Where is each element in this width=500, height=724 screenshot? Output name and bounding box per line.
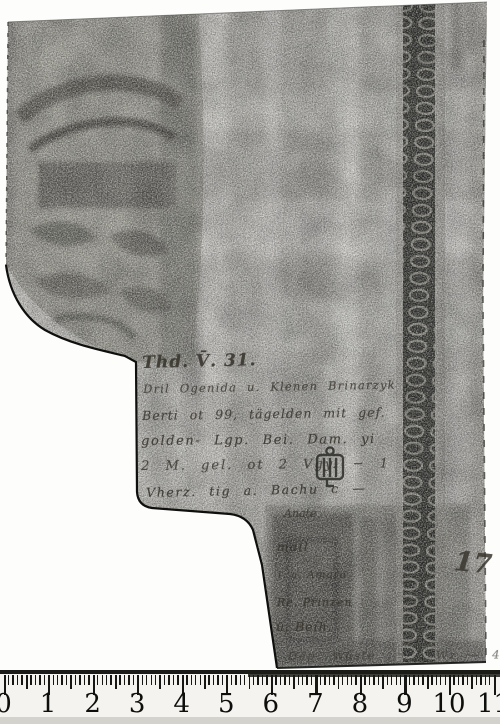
ruler-number: 3 bbox=[129, 691, 146, 717]
ruler-tick bbox=[200, 675, 201, 685]
side-note: i. a. Amara bbox=[278, 569, 347, 581]
side-note: Re, Prinzen bbox=[277, 596, 352, 609]
ruler-tick bbox=[195, 675, 196, 685]
ruler-tick bbox=[342, 675, 343, 685]
ruler-tick bbox=[44, 675, 45, 685]
ruler-tick bbox=[88, 675, 89, 685]
ruler-tick bbox=[128, 675, 129, 685]
side-note: ü. Beih. bbox=[276, 619, 333, 634]
ruler-tick bbox=[266, 675, 267, 685]
ruler-tick bbox=[480, 675, 481, 685]
ruler-tick bbox=[458, 675, 459, 685]
ruler-tick bbox=[311, 675, 312, 685]
ruler-tick bbox=[249, 675, 251, 689]
ruler-tick bbox=[436, 675, 437, 685]
side-note: Anate bbox=[284, 507, 317, 520]
ruler-tick bbox=[186, 675, 187, 685]
ruler-tick bbox=[208, 675, 209, 685]
ruler-tick bbox=[168, 675, 169, 685]
ruler-tick bbox=[213, 675, 214, 685]
inventory-number: 17 bbox=[453, 546, 494, 581]
ruler-tick bbox=[35, 675, 36, 685]
ruler-tick bbox=[289, 675, 290, 685]
ruler-tick bbox=[53, 675, 54, 685]
ruler-number: 9 bbox=[396, 691, 413, 717]
ruler-tick bbox=[39, 675, 40, 685]
ruler-tick bbox=[462, 675, 463, 685]
ruler-tick bbox=[70, 675, 72, 689]
ruler-tick bbox=[26, 675, 28, 689]
ruler-number: 10 bbox=[432, 691, 465, 717]
ruler-tick bbox=[329, 675, 330, 685]
ruler-tick bbox=[378, 675, 379, 685]
ruler-tick bbox=[382, 675, 384, 689]
ruler-tick bbox=[298, 675, 299, 685]
ruler-tick bbox=[110, 675, 111, 685]
ruler-tick bbox=[173, 675, 174, 685]
ruler-tick bbox=[489, 675, 490, 685]
ruler-number: 8 bbox=[352, 691, 369, 717]
ruler-tick bbox=[324, 675, 325, 685]
ruler-tick bbox=[106, 675, 107, 685]
ruler-tick bbox=[222, 675, 223, 685]
ruler: 01234567891011 bbox=[0, 670, 500, 724]
ruler-tick bbox=[284, 675, 285, 685]
ruler-tick bbox=[364, 675, 365, 685]
ruler-tick bbox=[253, 675, 254, 685]
ruler-tick bbox=[280, 675, 281, 685]
ruler-tick bbox=[79, 675, 80, 685]
ruler-tick bbox=[159, 675, 161, 689]
ruler-number: 6 bbox=[263, 691, 280, 717]
ruler-tick bbox=[427, 675, 429, 689]
ruler-tick bbox=[369, 675, 370, 685]
ruler-tick bbox=[66, 675, 67, 685]
ruler-number: 5 bbox=[218, 691, 235, 717]
ruler-tick bbox=[17, 675, 18, 685]
ruler-tick bbox=[97, 675, 98, 685]
ruler-tick bbox=[146, 675, 147, 685]
ruler-tick bbox=[293, 675, 295, 689]
ruler-tick bbox=[413, 675, 414, 685]
ruler-tick bbox=[217, 675, 218, 685]
ruler-tick bbox=[347, 675, 348, 685]
ruler-tick bbox=[115, 675, 117, 689]
ruler-tick bbox=[231, 675, 232, 685]
ruler-tick bbox=[151, 675, 152, 685]
ruler-tick bbox=[351, 675, 352, 685]
ruler-tick bbox=[21, 675, 22, 685]
ruler-tick bbox=[396, 675, 397, 685]
ruler-tick bbox=[235, 675, 236, 685]
ruler-tick bbox=[302, 675, 303, 685]
ruler-tick bbox=[391, 675, 392, 685]
ruler-tick bbox=[306, 675, 307, 685]
ruler-number: 4 bbox=[173, 691, 190, 717]
annotation-line: 2 M. gel. ot 2 Vgy. − 1 bbox=[141, 456, 390, 474]
ruler-tick bbox=[133, 675, 134, 685]
ruler-tick bbox=[320, 675, 321, 685]
ruler-tick bbox=[445, 675, 446, 685]
ruler-tick bbox=[387, 675, 388, 685]
bottom-note: Dep. Wüste . . . Wz — 4 bbox=[288, 648, 500, 663]
ruler-tick bbox=[240, 675, 241, 685]
ruler-tick bbox=[164, 675, 165, 685]
ruler-tick bbox=[485, 675, 486, 685]
ruler-tick bbox=[244, 675, 245, 685]
annotation-line: Thd. V̄. 31. bbox=[142, 350, 257, 373]
ruler-tick bbox=[12, 675, 13, 685]
ruler-tick bbox=[155, 675, 156, 685]
ruler-tick bbox=[338, 675, 340, 689]
ruler-number: 11 bbox=[477, 691, 500, 717]
ruler-tick bbox=[262, 675, 263, 685]
ruler-tick bbox=[355, 675, 356, 685]
ruler-tick bbox=[476, 675, 477, 685]
ruler-tick bbox=[333, 675, 334, 685]
ruler-number: 0 bbox=[0, 691, 12, 717]
stamp-doodle-icon bbox=[314, 446, 348, 492]
ruler-tick bbox=[191, 675, 192, 685]
ruler-tick bbox=[422, 675, 423, 685]
ruler-tick bbox=[177, 675, 178, 685]
table-surface bbox=[0, 717, 500, 724]
ruler-number: 7 bbox=[307, 691, 324, 717]
archival-photo: Thd. V̄. 31. Dril Ogenida u. Klenen Brin… bbox=[0, 0, 500, 724]
ruler-tick bbox=[373, 675, 374, 685]
ruler-number: 2 bbox=[84, 691, 101, 717]
ruler-tick bbox=[142, 675, 143, 685]
ruler-tick bbox=[75, 675, 76, 685]
ruler-tick bbox=[431, 675, 432, 685]
ruler-tick bbox=[84, 675, 85, 685]
side-note: mail bbox=[277, 540, 309, 554]
ruler-tick bbox=[418, 675, 419, 685]
ruler-tick bbox=[57, 675, 58, 685]
ruler-tick bbox=[257, 675, 258, 685]
ruler-tick bbox=[119, 675, 120, 685]
ruler-tick bbox=[275, 675, 276, 685]
ruler-tick bbox=[467, 675, 468, 685]
ruler-tick bbox=[124, 675, 125, 685]
ruler-tick bbox=[409, 675, 410, 685]
ruler-tick bbox=[30, 675, 31, 685]
ruler-tick bbox=[400, 675, 401, 685]
ruler-tick bbox=[453, 675, 454, 685]
ruler-tick bbox=[8, 675, 9, 685]
ruler-tick bbox=[440, 675, 441, 685]
ruler-tick bbox=[204, 675, 206, 689]
ruler-tick bbox=[102, 675, 103, 685]
ruler-number: 1 bbox=[40, 691, 57, 717]
ruler-tick bbox=[61, 675, 62, 685]
ruler-tick bbox=[471, 675, 473, 689]
